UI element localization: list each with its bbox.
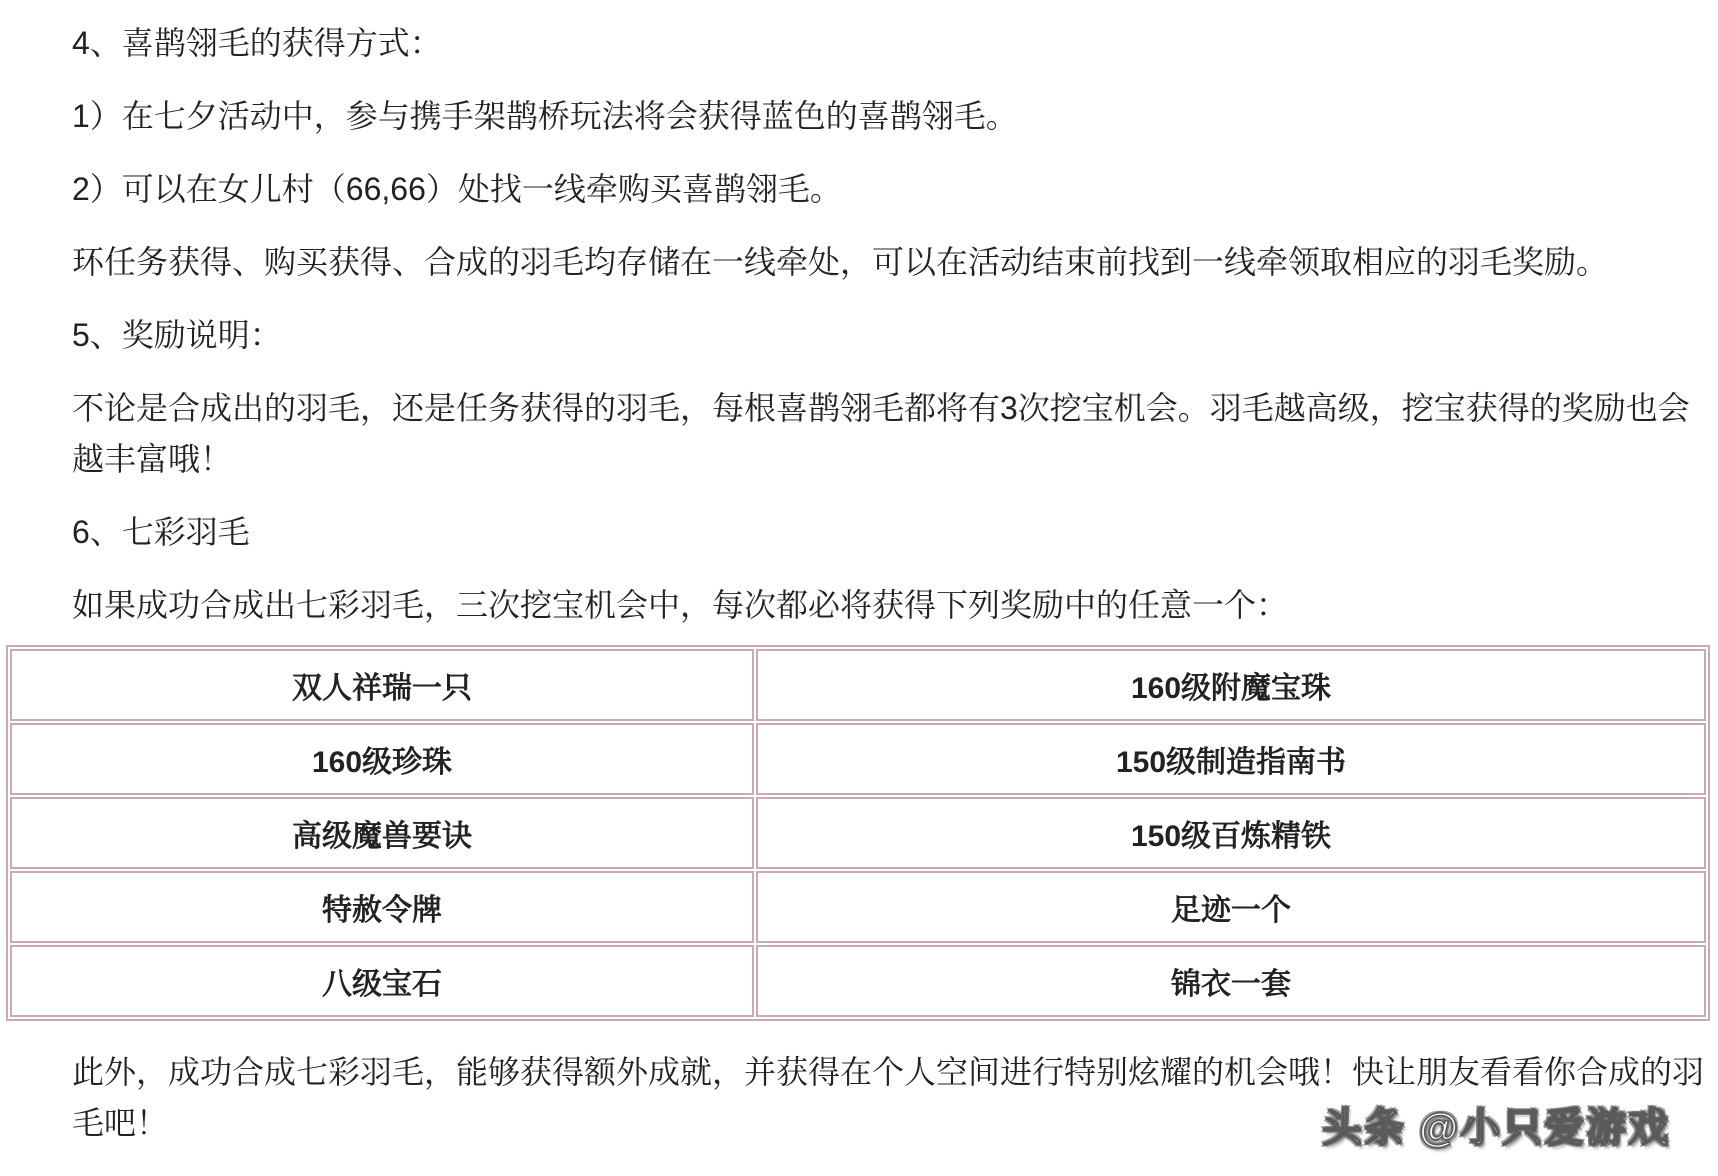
- paragraph: 如果成功合成出七彩羽毛，三次挖宝机会中，每次都必将获得下列奖励中的任意一个：: [72, 580, 1698, 631]
- table-row: 高级魔兽要诀150级百炼精铁: [10, 797, 1706, 869]
- paragraph-line: 环任务获得、购买获得、合成的羽毛均存储在一线牵处，可以在活动结束前找到一线牵领取…: [72, 237, 1698, 288]
- paragraph-line: 如果成功合成出七彩羽毛，三次挖宝机会中，每次都必将获得下列奖励中的任意一个：: [72, 580, 1698, 631]
- table-cell: 150级制造指南书: [756, 723, 1706, 795]
- paragraph: 5、奖励说明：: [72, 310, 1698, 361]
- table-cell: 150级百炼精铁: [756, 797, 1706, 869]
- paragraph: 此外，成功合成七彩羽毛，能够获得额外成就，并获得在个人空间进行特别炫耀的机会哦！…: [72, 1047, 1698, 1149]
- table-row: 特赦令牌足迹一个: [10, 871, 1706, 943]
- article-body: 4、喜鹊翎毛的获得方式：1）在七夕活动中，参与携手架鹊桥玩法将会获得蓝色的喜鹊翎…: [0, 0, 1718, 1149]
- paragraph: 6、七彩羽毛: [72, 507, 1698, 558]
- table-cell: 锦衣一套: [756, 945, 1706, 1017]
- paragraph-line: 2）可以在女儿村（66,66）处找一线牵购买喜鹊翎毛。: [72, 164, 1698, 215]
- paragraph: 2）可以在女儿村（66,66）处找一线牵购买喜鹊翎毛。: [72, 164, 1698, 215]
- table-cell: 足迹一个: [756, 871, 1706, 943]
- reward-table: 双人祥瑞一只160级附魔宝珠160级珍珠150级制造指南书高级魔兽要诀150级百…: [6, 645, 1710, 1021]
- table-cell: 双人祥瑞一只: [10, 649, 754, 721]
- table-cell: 特赦令牌: [10, 871, 754, 943]
- table-cell: 160级珍珠: [10, 723, 754, 795]
- paragraph-line: 毛吧！: [72, 1098, 1698, 1149]
- paragraph-line: 6、七彩羽毛: [72, 507, 1698, 558]
- paragraph: 1）在七夕活动中，参与携手架鹊桥玩法将会获得蓝色的喜鹊翎毛。: [72, 91, 1698, 142]
- table-cell: 八级宝石: [10, 945, 754, 1017]
- paragraph-line: 越丰富哦！: [72, 434, 1698, 485]
- table-cell: 160级附魔宝珠: [756, 649, 1706, 721]
- paragraph: 4、喜鹊翎毛的获得方式：: [72, 18, 1698, 69]
- table-row: 八级宝石锦衣一套: [10, 945, 1706, 1017]
- table-row: 160级珍珠150级制造指南书: [10, 723, 1706, 795]
- paragraph: 环任务获得、购买获得、合成的羽毛均存储在一线牵处，可以在活动结束前找到一线牵领取…: [72, 237, 1698, 288]
- paragraph-line: 4、喜鹊翎毛的获得方式：: [72, 18, 1698, 69]
- paragraph-line: 1）在七夕活动中，参与携手架鹊桥玩法将会获得蓝色的喜鹊翎毛。: [72, 91, 1698, 142]
- paragraph-line: 不论是合成出的羽毛，还是任务获得的羽毛，每根喜鹊翎毛都将有3次挖宝机会。羽毛越高…: [72, 383, 1698, 434]
- paragraph-line: 此外，成功合成七彩羽毛，能够获得额外成就，并获得在个人空间进行特别炫耀的机会哦！…: [72, 1047, 1698, 1098]
- table-cell: 高级魔兽要诀: [10, 797, 754, 869]
- table-row: 双人祥瑞一只160级附魔宝珠: [10, 649, 1706, 721]
- paragraph-line: 5、奖励说明：: [72, 310, 1698, 361]
- paragraph: 不论是合成出的羽毛，还是任务获得的羽毛，每根喜鹊翎毛都将有3次挖宝机会。羽毛越高…: [72, 383, 1698, 485]
